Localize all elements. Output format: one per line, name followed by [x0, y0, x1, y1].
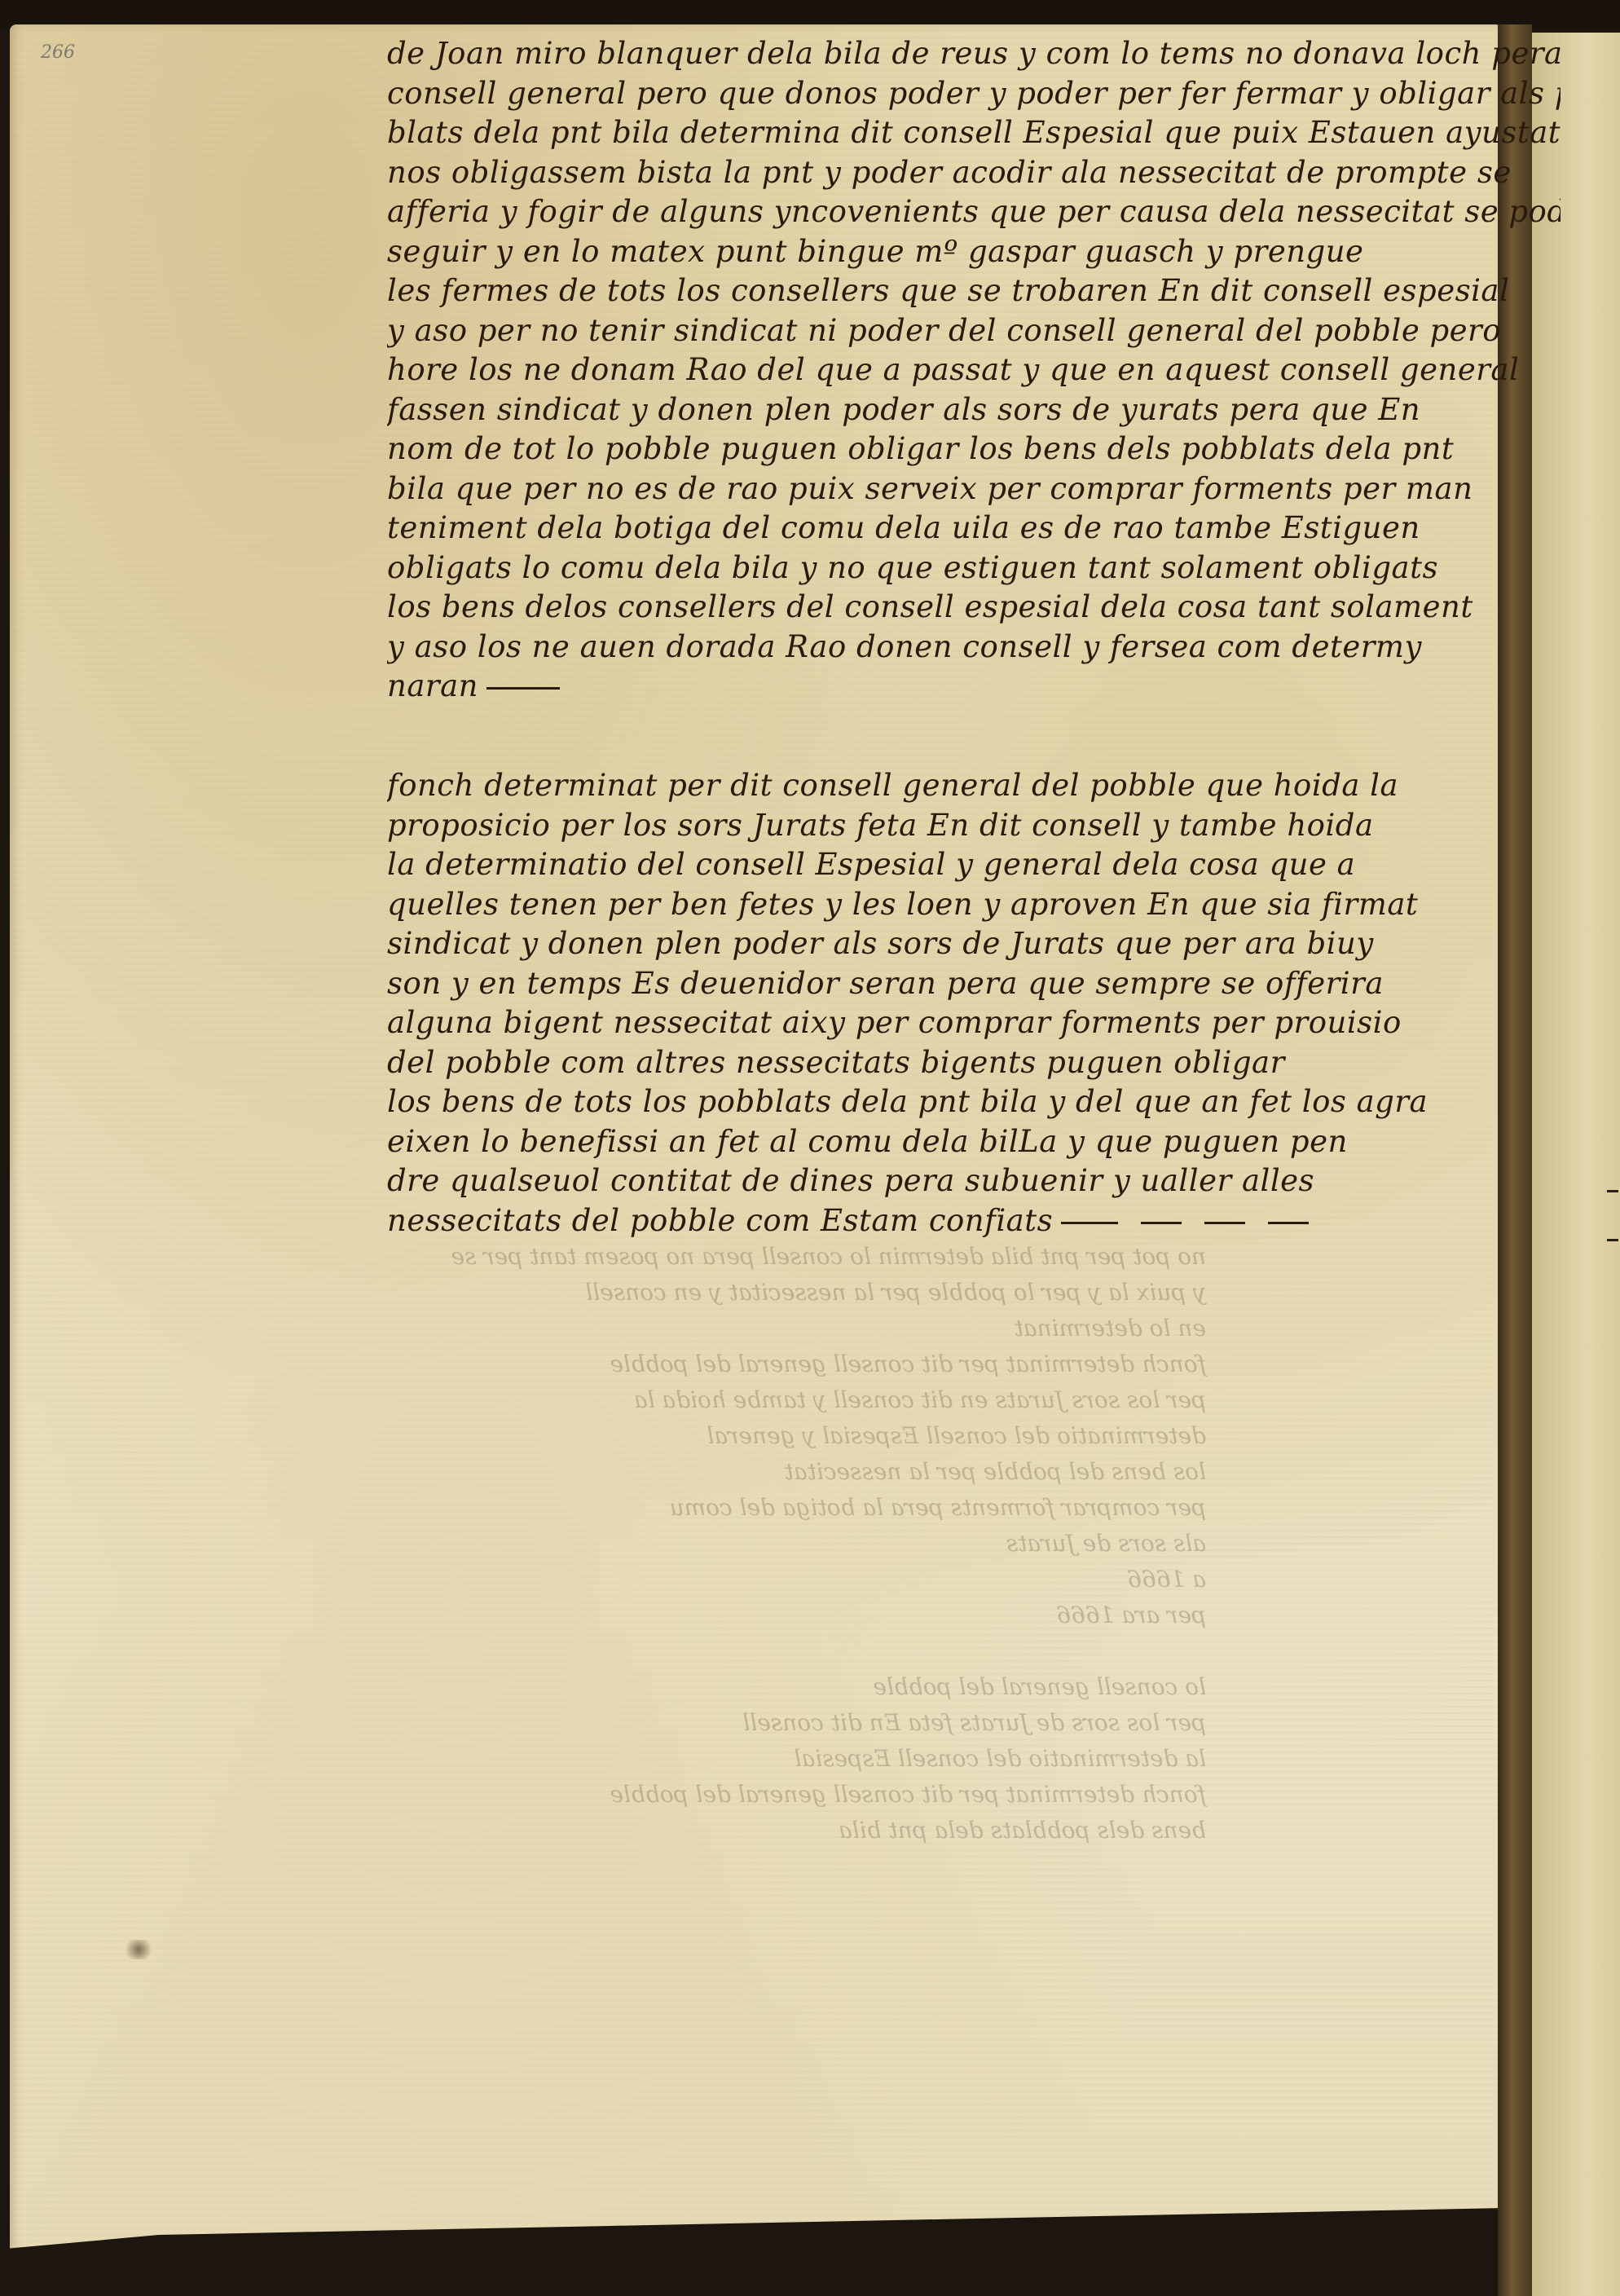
bleed-through-text: no pot per pnt bila determin lo consell …: [49, 1239, 1206, 1849]
text-line: del pobble com altres nessecitats bigent…: [387, 1043, 1561, 1083]
closing-rule: [486, 687, 560, 690]
text-line: bila que per no es de rao puix serveix p…: [387, 469, 1561, 509]
text-line-final: nessecitats del pobble com Estam confiat…: [387, 1201, 1561, 1241]
text-line: nom de tot lo pobble puguen obligar los …: [387, 430, 1561, 469]
text-line-final: naran: [387, 667, 1561, 707]
closing-dash: [1268, 1222, 1309, 1224]
ink-mark: [1607, 1190, 1618, 1192]
text-line: dre qualseuol contitat de dines pera sub…: [387, 1161, 1561, 1201]
bleed-line: per ara 1666: [49, 1598, 1206, 1633]
bleed-line: los bens del pobble per la nessecitat: [49, 1454, 1206, 1490]
bleed-line: fonch determinat per dit consell general…: [49, 1777, 1206, 1813]
bleed-line: per los sors Jurats en dit consell y tam…: [49, 1382, 1206, 1418]
bleed-line: y puix la y per lo pobble per la nesseci…: [49, 1275, 1206, 1311]
bleed-line: per los sors de Jurats feta En dit conse…: [49, 1705, 1206, 1741]
text-line: los bens de tots los pobblats dela pnt b…: [387, 1082, 1561, 1122]
text-line: los bens delos consellers del consell es…: [387, 588, 1561, 628]
text-line: y aso los ne auen dorada Rao donen conse…: [387, 628, 1561, 668]
text-line: nos obligassem bista la pnt y poder acod…: [387, 153, 1561, 193]
text-line: hore los ne donam Rao del que a passat y…: [387, 350, 1561, 390]
closing-rule: [1061, 1222, 1118, 1224]
bleed-line: fonch determinat per dit consell general…: [49, 1346, 1206, 1382]
text-line: proposicio per los sors Jurats feta En d…: [387, 806, 1561, 846]
paragraph-2: fonch determinat per dit consell general…: [387, 766, 1561, 1241]
bleed-line: lo consell general del pobble: [49, 1669, 1206, 1705]
closing-dash: [1141, 1222, 1182, 1224]
scan-background-top: [0, 0, 1620, 28]
text-line: quelles tenen per ben fetes y les loen y…: [387, 885, 1561, 925]
text-line: alguna bigent nessecitat aixy per compra…: [387, 1003, 1561, 1043]
bleed-line: la determinatio del consell Espesial: [49, 1741, 1206, 1777]
bleed-line: per comprar forments pera la botiga del …: [49, 1490, 1206, 1526]
text-line: blats dela pnt bila determina dit consel…: [387, 113, 1561, 153]
text-line: les fermes de tots los consellers que se…: [387, 271, 1561, 311]
text-line: de Joan miro blanquer dela bila de reus …: [387, 34, 1561, 74]
bleed-line: no pot per pnt bila determin lo consell …: [49, 1239, 1206, 1275]
line-text: naran: [387, 668, 478, 703]
paragraph-1: de Joan miro blanquer dela bila de reus …: [387, 34, 1561, 707]
text-line: sindicat y donen plen poder als sors de …: [387, 924, 1561, 964]
bleed-gap: [49, 1633, 1206, 1669]
text-line: consell general pero que donos poder y p…: [387, 74, 1561, 114]
folio-number: 266: [41, 42, 75, 63]
bleed-line: en lo determinat: [49, 1311, 1206, 1346]
bleed-line: determinatio del consell Espesial y gene…: [49, 1418, 1206, 1454]
text-line: la determinatio del consell Espesial y g…: [387, 845, 1561, 885]
bleed-line: bens dels pobblats dela pnt bila: [49, 1813, 1206, 1849]
bleed-line: a 1666: [49, 1562, 1206, 1598]
text-line: eixen lo benefissi an fet al comu dela b…: [387, 1122, 1561, 1162]
line-text: nessecitats del pobble com Estam confiat…: [387, 1203, 1053, 1238]
text-line: fassen sindicat y donen plen poder als s…: [387, 390, 1561, 430]
ink-mark: [1607, 1239, 1618, 1241]
ink-stain: [122, 1940, 155, 1959]
text-line: son y en temps Es deuenidor seran pera q…: [387, 964, 1561, 1004]
text-line: teniment dela botiga del comu dela uila …: [387, 509, 1561, 549]
bleed-line: als sors de Jurats: [49, 1526, 1206, 1562]
closing-dash: [1204, 1222, 1245, 1224]
text-line: fonch determinat per dit consell general…: [387, 766, 1561, 806]
text-line: y aso per no tenir sindicat ni poder del…: [387, 311, 1561, 351]
text-line: afferia y fogir de alguns yncovenients q…: [387, 192, 1561, 232]
text-line: seguir y en lo matex punt bingue mº gasp…: [387, 232, 1561, 272]
text-line: obligats lo comu dela bila y no que esti…: [387, 549, 1561, 588]
